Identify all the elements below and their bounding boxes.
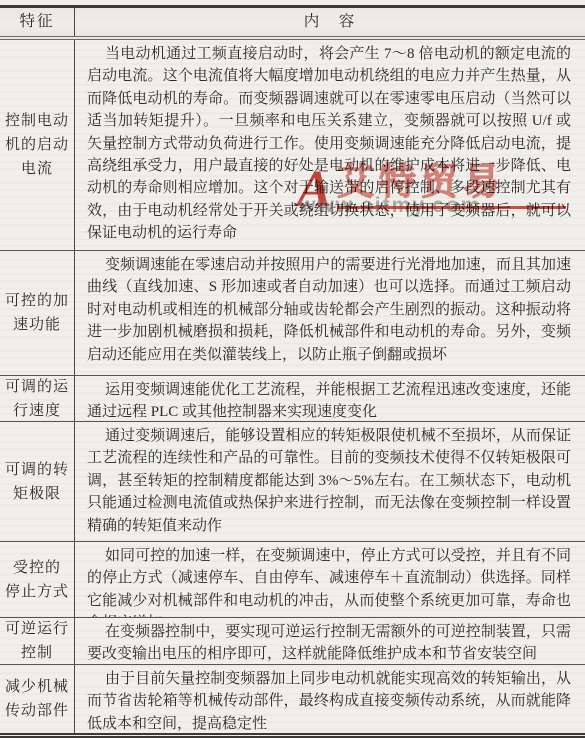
content-cell: 如同可控的加速一样，在变频调速中，停止方式可以受控，并且有不同的停止方式（减速停… xyxy=(75,542,585,617)
content-paragraph: 变频调速能在零速启动并按照用户的需要进行光滑地加速，而且其加速曲线（直线加速、S… xyxy=(87,254,571,366)
content-paragraph: 如同可控的加速一样，在变频调速中，停止方式可以受控，并且有不同的停止方式（减速停… xyxy=(87,545,571,617)
feature-cell-controlled-acceleration: 可控的加 速功能 xyxy=(0,251,75,375)
table-header-row: 特征 内 容 xyxy=(0,8,585,40)
content-paragraph: 由于目前矢量控制变频器加上同步电动机就能实现高效的转矩输出，从而节省齿轮箱等机械… xyxy=(87,668,571,733)
content-cell: 变频调速能在零速启动并按照用户的需要进行光滑地加速，而且其加速曲线（直线加速、S… xyxy=(75,251,585,375)
content-paragraph: 当电动机通过工频直接启动时，将会产生 7～8 倍电动机的额定电流的启动电流。这个… xyxy=(87,43,571,245)
content-paragraph: 在变频器控制中，要实现可逆运行控制无需额外的可逆控制装置，只需要改变输出电压的相… xyxy=(87,621,571,664)
table-row: 受控的 停止方式 如同可控的加速一样，在变频调速中，停止方式可以受控，并且有不同… xyxy=(0,541,585,617)
feature-cell-adjustable-speed: 可调的运 行速度 xyxy=(0,376,75,421)
table-row: 可调的运 行速度 运用变频调速能优化工艺流程，并能根据工艺流程迅速改变速度，还能… xyxy=(0,375,585,421)
feature-cell-controlled-stopping: 受控的 停止方式 xyxy=(0,542,75,617)
header-cell-content: 内 容 xyxy=(75,8,585,36)
header-cell-feature: 特征 xyxy=(0,8,75,36)
feature-cell-reversible-control: 可逆运行 控制 xyxy=(0,618,75,664)
content-cell: 当电动机通过工频直接启动时，将会产生 7～8 倍电动机的额定电流的启动电流。这个… xyxy=(75,40,585,250)
table-row: 可逆运行 控制 在变频器控制中，要实现可逆运行控制无需额外的可逆控制装置，只需要… xyxy=(0,617,585,664)
table-row: 控制电动 机的启动 电流 当电动机通过工频直接启动时，将会产生 7～8 倍电动机… xyxy=(0,40,585,250)
table-row: 可控的加 速功能 变频调速能在零速启动并按照用户的需要进行光滑地加速，而且其加速… xyxy=(0,250,585,375)
content-cell: 运用变频调速能优化工艺流程，并能根据工艺流程迅速改变速度，还能通过远程 PLC … xyxy=(75,376,585,421)
table-row: 可调的转 矩极限 通过变频调速后，能够设置相应的转矩极限使机械不至损坏，从而保证… xyxy=(0,421,585,541)
content-cell: 在变频器控制中，要实现可逆运行控制无需额外的可逆控制装置，只需要改变输出电压的相… xyxy=(75,618,585,664)
scanned-document-page: 特征 内 容 控制电动 机的启动 电流 当电动机通过工频直接启动时，将会产生 7… xyxy=(0,0,585,738)
vfd-features-table: 特征 内 容 控制电动 机的启动 电流 当电动机通过工频直接启动时，将会产生 7… xyxy=(0,5,585,738)
feature-cell-fewer-transmission-parts: 减少机械 传动部件 xyxy=(0,665,75,733)
feature-cell-torque-limit: 可调的转 矩极限 xyxy=(0,422,75,541)
feature-cell-starting-current: 控制电动 机的启动 电流 xyxy=(0,40,75,250)
table-row: 减少机械 传动部件 由于目前矢量控制变频器加上同步电动机就能实现高效的转矩输出，… xyxy=(0,664,585,733)
content-cell: 由于目前矢量控制变频器加上同步电动机就能实现高效的转矩输出，从而节省齿轮箱等机械… xyxy=(75,665,585,733)
content-paragraph: 通过变频调速后，能够设置相应的转矩极限使机械不至损坏，从而保证工艺流程的连续性和… xyxy=(87,425,571,537)
content-paragraph: 运用变频调速能优化工艺流程，并能根据工艺流程迅速改变速度，还能通过远程 PLC … xyxy=(87,379,571,421)
content-cell: 通过变频调速后，能够设置相应的转矩极限使机械不至损坏，从而保证工艺流程的连续性和… xyxy=(75,422,585,541)
